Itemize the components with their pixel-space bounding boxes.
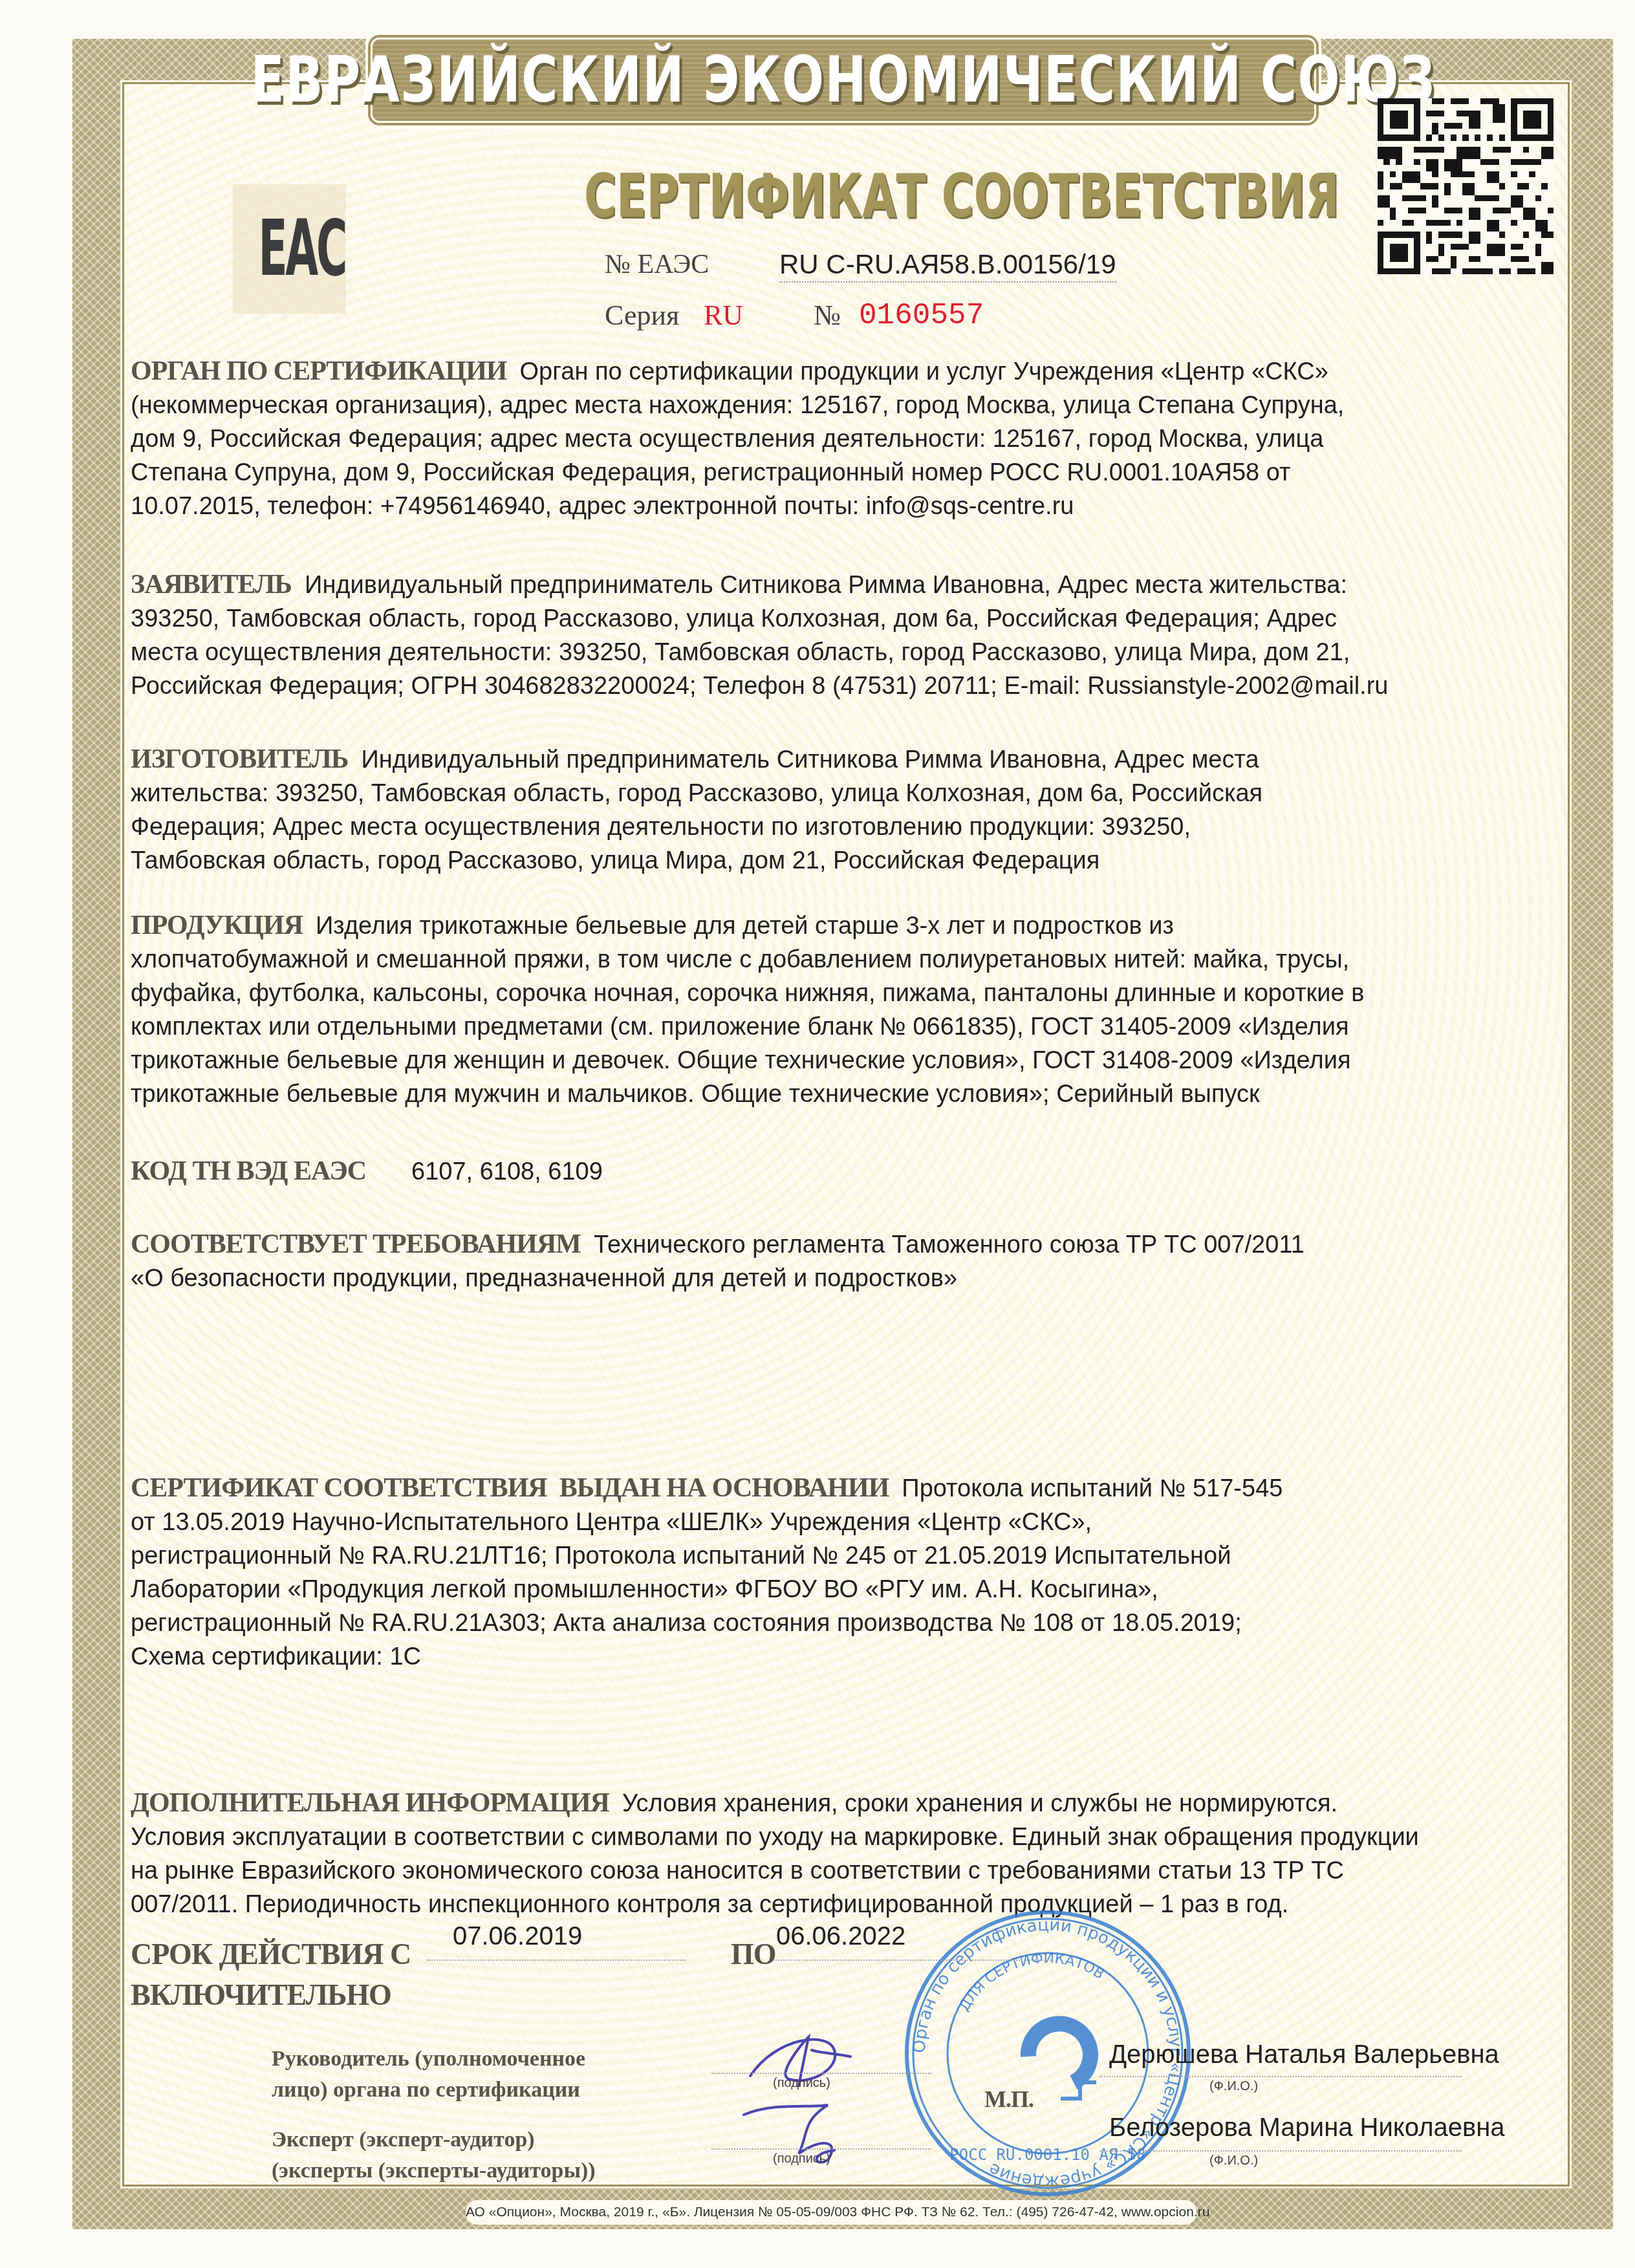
section-label: КОД ТН ВЭД ЕАЭС xyxy=(131,1156,366,1186)
validity-to-label: ПО xyxy=(731,1937,776,1971)
head-name-caption: (Ф.И.О.) xyxy=(1209,2079,1258,2094)
certificate-number: RU C-RU.АЯ58.В.00156/19 xyxy=(779,249,1116,283)
validity-to-underline xyxy=(773,1960,1051,1961)
svg-text:РОСС RU.0001.10 АЯ 58: РОСС RU.0001.10 АЯ 58 xyxy=(949,2146,1145,2164)
expert-name: Белозерова Марина Николаевна xyxy=(1109,2113,1505,2143)
expert-signatory-label: Эксперт (эксперт-аудитор) (эксперты (экс… xyxy=(272,2124,596,2187)
blank-number: 0160557 xyxy=(859,299,984,332)
section-hs-code: КОД ТН ВЭД ЕАЭС6107, 6108, 6109 xyxy=(131,1154,1554,1189)
printer-footer: АО «Опцион», Москва, 2019 г., «Б». Лицен… xyxy=(466,2200,1196,2225)
expert-name-caption: (Ф.И.О.) xyxy=(1209,2154,1258,2168)
head-signature-caption: (подпись) xyxy=(773,2076,830,2091)
validity-from-label: СРОК ДЕЙСТВИЯ С xyxy=(131,1937,411,1971)
section-label: ИЗГОТОВИТЕЛЬ xyxy=(131,744,349,774)
expert-signature-caption: (подпись) xyxy=(773,2152,830,2166)
series-value: RU xyxy=(704,299,743,332)
hs-code-value: 6107, 6108, 6109 xyxy=(411,1158,603,1185)
section-label: СООТВЕТСТВУЕТ ТРЕБОВАНИЯМ xyxy=(131,1229,581,1259)
section-basis: СЕРТИФИКАТ СООТВЕТСТВИЯ ВЫДАН НА ОСНОВАН… xyxy=(131,1471,1554,1674)
head-name: Дерюшева Наталья Валерьевна xyxy=(1109,2040,1499,2069)
section-applicant: ЗАЯВИТЕЛЬИндивидуальный предприниматель … xyxy=(131,568,1554,703)
section-manufacturer: ИЗГОТОВИТЕЛЬИндивидуальный предпринимате… xyxy=(131,742,1554,878)
validity-inclusive-label: ВКЛЮЧИТЕЛЬНО xyxy=(131,1978,391,2012)
head-signatory-label: Руководитель (уполномоченное лицо) орган… xyxy=(272,2044,585,2106)
validity-from-underline xyxy=(427,1960,686,1961)
section-label: ДОПОЛНИТЕЛЬНАЯ ИНФОРМАЦИЯ xyxy=(131,1788,609,1818)
section-additional-info: ДОПОЛНИТЕЛЬНАЯ ИНФОРМАЦИЯУсловия хранени… xyxy=(131,1786,1554,1921)
head-name-line xyxy=(1099,2076,1462,2077)
union-banner-text: ЕВРАЗИЙСКИЙ ЭКОНОМИЧЕСКИЙ СОЮЗ xyxy=(251,43,1436,117)
eac-logo-icon: EAC xyxy=(233,184,346,314)
expert-signature-line xyxy=(711,2148,931,2150)
qr-code-icon[interactable] xyxy=(1378,98,1554,274)
validity-to-date: 06.06.2022 xyxy=(776,1922,905,1951)
series-label: Серия xyxy=(605,299,679,332)
section-conforms: СООТВЕТСТВУЕТ ТРЕБОВАНИЯМТехнического ре… xyxy=(131,1227,1554,1295)
validity-from-date: 07.06.2019 xyxy=(453,1922,582,1951)
section-certification-body: ОРГАН ПО СЕРТИФИКАЦИИОрган по сертификац… xyxy=(131,354,1554,523)
seal-label: М.П. xyxy=(984,2086,1034,2113)
eaeu-number-label: № ЕАЭС xyxy=(605,249,709,280)
expert-name-line xyxy=(1099,2150,1462,2152)
section-label: ОРГАН ПО СЕРТИФИКАЦИИ xyxy=(131,356,507,386)
certificate-title: СЕРТИФИКАТ СООТВЕТСТВИЯ xyxy=(584,162,1110,231)
section-label: ПРОДУКЦИЯ xyxy=(131,911,303,940)
blank-number-label: № xyxy=(814,299,841,332)
section-label: ЗАЯВИТЕЛЬ xyxy=(131,570,292,599)
head-signature-line xyxy=(711,2073,931,2074)
section-label: СЕРТИФИКАТ СООТВЕТСТВИЯ ВЫДАН НА ОСНОВАН… xyxy=(131,1473,889,1503)
signature-icon xyxy=(737,2024,905,2173)
eac-logo-text: EAC xyxy=(258,204,320,294)
section-product: ПРОДУКЦИЯИзделия трикотажные бельевые дл… xyxy=(131,909,1554,1111)
union-banner: ЕВРАЗИЙСКИЙ ЭКОНОМИЧЕСКИЙ СОЮЗ xyxy=(365,31,1321,129)
